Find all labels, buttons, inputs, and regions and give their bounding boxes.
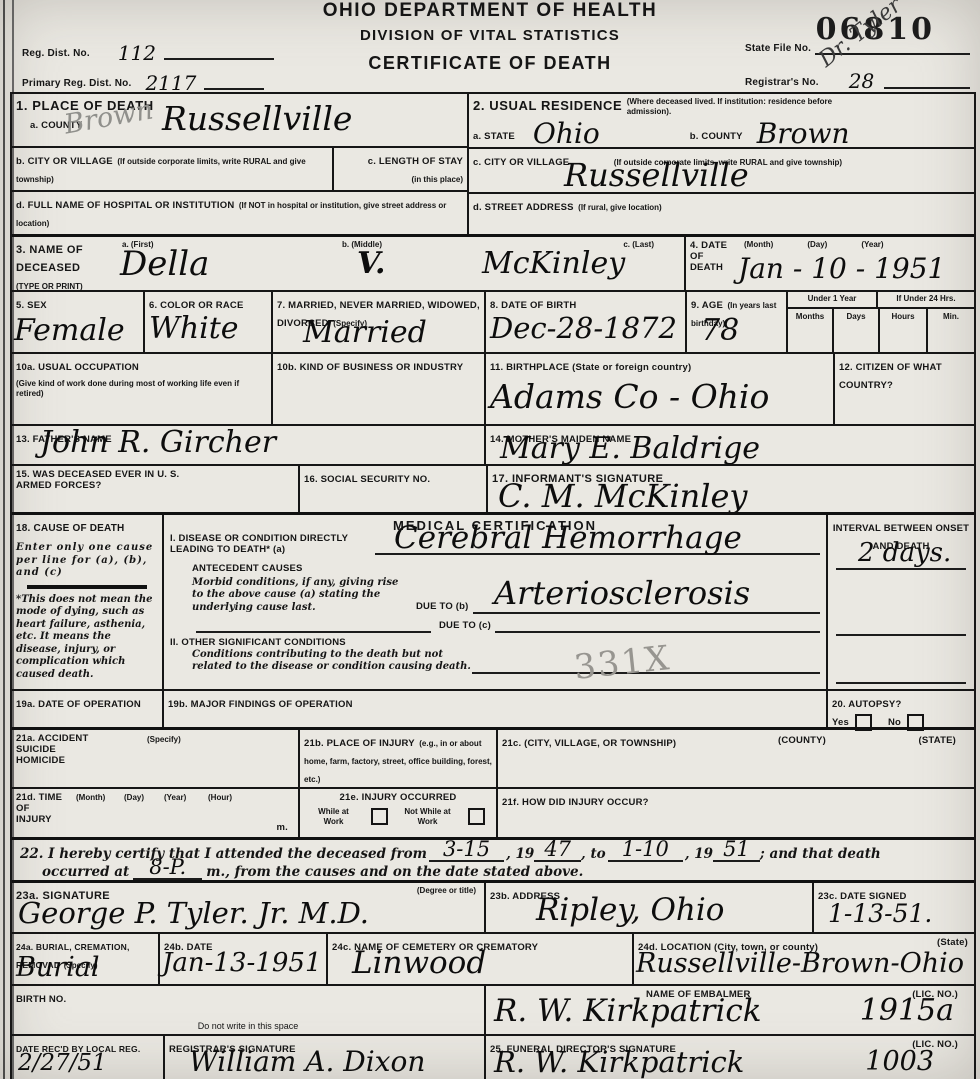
funeral-director-lic-value: 1003 (865, 1048, 934, 1075)
hospital-name-label: d. FULL NAME OF HOSPITAL OR INSTITUTION (16, 200, 234, 211)
funeral-director-value: R. W. Kirkpatrick (494, 1048, 744, 1077)
writing-line (836, 633, 966, 636)
section-mother-name: 14. MOTHER'S MAIDEN NAME Mary E. Baldrig… (484, 426, 974, 464)
date-of-death-label: 4. DATE OF DEATH (690, 240, 736, 274)
certify-text-4: , 19 (685, 846, 713, 862)
section-injury-occurred: 21e. INJURY OCCURRED While at Work Not W… (298, 789, 496, 837)
middle-initial-value: V. (357, 249, 385, 279)
cause-note-1: Enter only one cause per line for (a), (… (16, 542, 158, 580)
age-label: 9. AGE (691, 300, 723, 311)
certify-text-7: m., from the causes and on the date stat… (206, 864, 583, 880)
last-name-label: c. (Last) (623, 240, 654, 250)
certificate-form: 1. PLACE OF DEATH a. COUNTY Brown Russel… (10, 92, 976, 1079)
injury-day-label: (Day) (124, 793, 144, 803)
attended-to-value: 1-10 (608, 839, 683, 862)
injury-year-label: (Year) (164, 793, 186, 803)
residence-state-label: a. STATE (473, 131, 515, 142)
certify-text-5: ; and that death (760, 846, 881, 862)
primary-reg-dist-label: Primary Reg. Dist. No. (22, 78, 131, 90)
citizen-label: 12. CITIZEN OF WHAT COUNTRY? (839, 362, 942, 391)
residence-city-value: Russellville (564, 159, 749, 191)
certificate-header: OHIO DEPARTMENT OF HEALTH DIVISION OF VI… (0, 0, 980, 92)
sex-label: 5. SEX (16, 300, 47, 311)
section-physician-signature: 23a. SIGNATURE (Degree or title) George … (12, 883, 484, 932)
dept-title: OHIO DEPARTMENT OF HEALTH (230, 0, 750, 22)
section-cemetery-name: 24c. NAME OF CEMETERY OR CREMATORY Linwo… (326, 934, 632, 984)
section-date-of-death: 4. DATE OF DEATH (Month) (Day) (Year) Ja… (684, 237, 974, 290)
section-cause-of-death-notes: 18. CAUSE OF DEATH Enter only one cause … (12, 515, 162, 689)
residence-county-value: Brown (757, 120, 850, 148)
injury-m-label: m. (277, 822, 289, 833)
not-while-at-work-checkbox (468, 808, 485, 825)
section-usual-residence: 2. USUAL RESIDENCE (Where deceased lived… (467, 94, 974, 234)
registrar-no-label: Registrar's No. (745, 77, 819, 89)
hours-header: Hours (880, 309, 928, 352)
section-physician-address: 23b. ADDRESS Ripley, Ohio (484, 883, 812, 932)
section-certify-statement: 22. I hereby certify that I attended the… (12, 840, 974, 880)
birthplace-label: 11. BIRTHPLACE (State or foreign country… (490, 362, 691, 373)
burial-location-state-note: (State) (937, 937, 968, 948)
residence-county-label: b. COUNTY (690, 131, 743, 142)
min-header: Min. (928, 309, 974, 352)
registrar-no-value: 28 (849, 71, 874, 91)
cause-note-2: *This does not mean the mode of dying, s… (16, 594, 158, 682)
row-forces-ssn-informant: 15. WAS DECEASED EVER IN U. S. ARMED FOR… (12, 464, 974, 512)
certify-text-6: occurred at (42, 864, 129, 880)
primary-reg-dist-value: 2117 (145, 73, 196, 93)
injury-county-label: (COUNTY) (778, 735, 826, 746)
row-injury-top: 21a. ACCIDENT SUICIDE HOMICIDE (Specify)… (12, 727, 974, 787)
attended-from-year-value: 47 (534, 839, 581, 862)
usual-residence-note: (Where deceased lived. If institution: r… (627, 97, 877, 116)
section-place-of-death: 1. PLACE OF DEATH a. COUNTY Brown Russel… (12, 94, 467, 234)
row-birthno-embalmer: BIRTH NO. Do not write in this space NAM… (12, 984, 974, 1034)
accident-specify-note: (Specify) (147, 735, 181, 745)
section-citizen: 12. CITIZEN OF WHAT COUNTRY? (833, 354, 974, 424)
city-or-village-label: b. CITY OR VILLAGE (16, 156, 113, 167)
section-burial-type: 24a. BURIAL, CREMATION, REMOVAL (Specify… (12, 934, 158, 984)
certify-text-3: , to (581, 846, 606, 862)
street-address-label: d. STREET ADDRESS (473, 202, 574, 213)
row-physician: 23a. SIGNATURE (Degree or title) George … (12, 880, 974, 932)
dob-label: 8. DATE OF BIRTH (490, 300, 576, 311)
injury-state-label: (STATE) (919, 735, 956, 746)
section-burial-date: 24b. DATE Jan-13-1951 (158, 934, 326, 984)
row-demographics: 5. SEX Female 6. COLOR OR RACE White 7. … (12, 290, 974, 352)
injury-hour-label: (Hour) (208, 793, 232, 803)
section-interval-onset-death: INTERVAL BETWEEN ONSET AND DEATH 2 days. (826, 515, 974, 689)
writing-line (196, 630, 431, 633)
date-received-value: 2/27/51 (18, 1052, 107, 1075)
section-birthplace: 11. BIRTHPLACE (State or foreign country… (484, 354, 833, 424)
section-medical-certification: MEDICAL CERTIFICATION I. DISEASE OR COND… (162, 515, 826, 689)
section-informant: 17. INFORMANT'S SIGNATURE C. M. McKinley (486, 466, 974, 512)
section-color-race: 6. COLOR OR RACE White (143, 292, 271, 352)
birth-no-label: BIRTH NO. (16, 994, 66, 1005)
degree-or-title-note: (Degree or title) (417, 886, 476, 896)
residence-state-value: Ohio (533, 120, 600, 148)
reg-dist-value: 112 (118, 43, 156, 63)
color-race-value: White (149, 314, 239, 344)
section-sex: 5. SEX Female (12, 292, 143, 352)
residence-city-label: c. CITY OR VILLAGE (473, 157, 569, 168)
death-hour-value: 8-P. (133, 857, 202, 880)
burial-date-value: Jan-13-1951 (162, 950, 322, 976)
section-name-of-deceased: 3. NAME OF DECEASED (TYPE OR PRINT) a. (… (12, 237, 684, 290)
street-address-note: (If rural, give location) (578, 203, 662, 212)
section-accident-suicide-homicide: 21a. ACCIDENT SUICIDE HOMICIDE (Specify) (12, 730, 298, 787)
occupation-note: (Give kind of work done during most of w… (16, 379, 267, 398)
death-certificate-scan: OHIO DEPARTMENT OF HEALTH DIVISION OF VI… (0, 0, 980, 1079)
due-to-c-label: DUE TO (c) (439, 620, 491, 631)
divider-bar (27, 585, 148, 589)
date-of-operation-label: 19a. DATE OF OPERATION (16, 699, 141, 710)
under-1-year-header: Under 1 Year (788, 292, 878, 307)
section-birth-no: BIRTH NO. Do not write in this space (12, 986, 484, 1034)
burial-type-value: Burial (16, 954, 100, 981)
disease-condition-label: I. DISEASE OR CONDITION DIRECTLY LEADING… (170, 533, 375, 555)
how-injury-label: 21f. HOW DID INJURY OCCUR? (502, 797, 649, 808)
father-name-value: John R. Gircher (40, 428, 276, 458)
section-date-of-birth: 8. DATE OF BIRTH Dec-28-1872 (484, 292, 685, 352)
section-age: 9. AGE (In years last birthday) 78 (685, 292, 786, 352)
attended-to-year-value: 51 (713, 839, 760, 862)
major-findings-label: 19b. MAJOR FINDINGS OF OPERATION (168, 699, 353, 710)
age-value: 78 (701, 316, 739, 346)
section-marital-status: 7. MARRIED, NEVER MARRIED, WIDOWED, DIVO… (271, 292, 484, 352)
embalmer-lic-value: 1915a (860, 996, 954, 1026)
place-city-script-value: Russellville (162, 102, 352, 135)
color-race-label: 6. COLOR OR RACE (149, 300, 244, 311)
under-24-hrs-header: If Under 24 Hrs. (878, 292, 974, 307)
row-certify-statement: 22. I hereby certify that I attended the… (12, 837, 974, 880)
writing-line (836, 567, 966, 570)
physician-address-value: Ripley, Ohio (536, 895, 724, 926)
while-at-work-label: While at Work (312, 807, 356, 826)
cause-b-value: Arteriosclerosis (494, 577, 750, 609)
length-of-stay-note: (in this place) (411, 175, 463, 184)
usual-residence-title: 2. USUAL RESIDENCE (473, 98, 622, 113)
other-conditions-note: Conditions contributing to the death but… (192, 649, 472, 674)
section-injury-location: 21c. (CITY, VILLAGE, OR TOWNSHIP) (COUNT… (496, 730, 974, 787)
row-burial: 24a. BURIAL, CREMATION, REMOVAL (Specify… (12, 932, 974, 984)
row-operation-autopsy: 19a. DATE OF OPERATION 19b. MAJOR FINDIN… (12, 689, 974, 727)
writing-line (204, 87, 264, 90)
other-significant-conditions-label: II. OTHER SIGNIFICANT CONDITIONS (170, 637, 826, 648)
row-parents: 13. FATHER'S NAME John R. Gircher 14. MO… (12, 424, 974, 464)
while-at-work-checkbox (371, 808, 388, 825)
row-place-residence: 1. PLACE OF DEATH a. COUNTY Brown Russel… (12, 94, 974, 234)
autopsy-label: 20. AUTOPSY? (832, 699, 901, 710)
section-registrar-signature: REGISTRAR'S SIGNATURE William A. Dixon (163, 1036, 484, 1079)
days-header: Days (834, 309, 880, 352)
reg-dist-label: Reg. Dist. No. (22, 48, 90, 60)
morbid-conditions-note: Morbid conditions, if any, giving rise t… (192, 577, 412, 615)
section-major-findings: 19b. MAJOR FINDINGS OF OPERATION (162, 691, 826, 727)
section-embalmer: NAME OF EMBALMER (LIC. NO.) R. W. Kirkpa… (484, 986, 974, 1034)
armed-forces-label: 15. WAS DECEASED EVER IN U. S. ARMED FOR… (16, 469, 196, 491)
section-date-signed: 23c. DATE SIGNED 1-13-51. (812, 883, 974, 932)
occupation-label: 10a. USUAL OCCUPATION (16, 362, 139, 373)
writing-line (495, 630, 820, 633)
section-usual-occupation: 10a. USUAL OCCUPATION (Give kind of work… (12, 354, 271, 424)
writing-line (884, 86, 970, 89)
physician-signature-value: George P. Tyler. Jr. M.D. (18, 899, 369, 928)
birthplace-value: Adams Co - Ohio (490, 380, 769, 413)
section-ssn: 16. SOCIAL SECURITY NO. (298, 466, 486, 512)
section-time-of-injury: 21d. TIME OF INJURY (Month) (Day) (Year)… (12, 789, 298, 837)
attended-from-value: 3-15 (429, 839, 504, 862)
do-not-write-note: Do not write in this space (16, 1021, 480, 1032)
marital-value: Married (303, 318, 427, 348)
due-to-b-label: DUE TO (b) (416, 601, 469, 612)
cemetery-name-value: Linwood (352, 948, 486, 979)
place-of-injury-label: 21b. PLACE OF INJURY (304, 738, 415, 749)
injury-city-label: 21c. (CITY, VILLAGE, OR TOWNSHIP) (502, 738, 676, 749)
pencil-code-value: 331X (572, 638, 673, 688)
section-kind-of-business: 10b. KIND OF BUSINESS OR INDUSTRY (271, 354, 484, 424)
section-funeral-director: 25. FUNERAL DIRECTOR'S SIGNATURE (LIC. N… (484, 1036, 974, 1079)
not-while-at-work-label: Not While at Work (403, 807, 453, 826)
date-of-death-value: Jan - 10 - 1951 (738, 255, 945, 283)
section-place-of-injury: 21b. PLACE OF INJURY (e.g., in or about … (298, 730, 496, 787)
section-autopsy: 20. AUTOPSY? Yes No (826, 691, 974, 727)
length-of-stay-label: c. LENGTH OF STAY (368, 156, 463, 167)
time-of-injury-label: 21d. TIME OF INJURY (16, 792, 68, 826)
registrar-signature-value: William A. Dixon (189, 1048, 425, 1076)
section-armed-forces: 15. WAS DECEASED EVER IN U. S. ARMED FOR… (12, 466, 298, 512)
certify-text-2: , 19 (506, 846, 534, 862)
mother-name-value: Mary E. Baldrige (500, 434, 760, 464)
burial-location-value: Russellville-Brown-Ohio (636, 950, 964, 977)
section-how-injury-occurred: 21f. HOW DID INJURY OCCUR? (496, 789, 974, 837)
ssn-label: 16. SOCIAL SECURITY NO. (304, 474, 430, 485)
section-date-received: DATE REC'D BY LOCAL REG. 2/27/51 (12, 1036, 163, 1079)
injury-occurred-label: 21e. INJURY OCCURRED (304, 792, 492, 803)
sex-value: Female (14, 316, 125, 346)
writing-line (164, 57, 274, 60)
date-signed-value: 1-13-51. (828, 901, 932, 926)
injury-month-label: (Month) (76, 793, 105, 803)
row-registrar-funeral: DATE REC'D BY LOCAL REG. 2/27/51 REGISTR… (12, 1034, 974, 1079)
row-injury-bottom: 21d. TIME OF INJURY (Month) (Day) (Year)… (12, 787, 974, 837)
section-date-of-operation: 19a. DATE OF OPERATION (12, 691, 162, 727)
certify-text-1: 22. I hereby certify that I attended the… (20, 846, 427, 862)
writing-line (836, 681, 966, 684)
months-header: Months (788, 309, 834, 352)
antecedent-causes-label: ANTECEDENT CAUSES (192, 563, 826, 574)
section-age-subcolumns: Under 1 Year If Under 24 Hrs. Months Day… (786, 292, 974, 352)
embalmer-name-value: R. W. Kirkpatrick (494, 996, 762, 1027)
section-father-name: 13. FATHER'S NAME John R. Gircher (12, 426, 484, 464)
state-file-label: State File No. (745, 43, 811, 55)
dob-value: Dec-28-1872 (490, 314, 677, 343)
interval-value: 2 days. (858, 540, 951, 566)
row-occupation-birthplace: 10a. USUAL OCCUPATION (Give kind of work… (12, 352, 974, 424)
business-label: 10b. KIND OF BUSINESS OR INDUSTRY (277, 362, 463, 373)
informant-signature-value: C. M. McKinley (498, 480, 747, 512)
accident-label: 21a. ACCIDENT SUICIDE HOMICIDE (16, 733, 106, 767)
cause-of-death-label: 18. CAUSE OF DEATH (16, 523, 124, 534)
first-name-value: Della (120, 247, 209, 281)
section-burial-location: 24d. LOCATION (City, town, or county) (S… (632, 934, 974, 984)
name-of-deceased-label: 3. NAME OF DECEASED (16, 244, 83, 274)
row-name-dateofdeath: 3. NAME OF DECEASED (TYPE OR PRINT) a. (… (12, 234, 974, 290)
cause-a-value: Cerebral Hemorrhage (394, 523, 742, 554)
last-name-value: McKinley (482, 249, 625, 279)
row-medical-certification: 18. CAUSE OF DEATH Enter only one cause … (12, 512, 974, 689)
